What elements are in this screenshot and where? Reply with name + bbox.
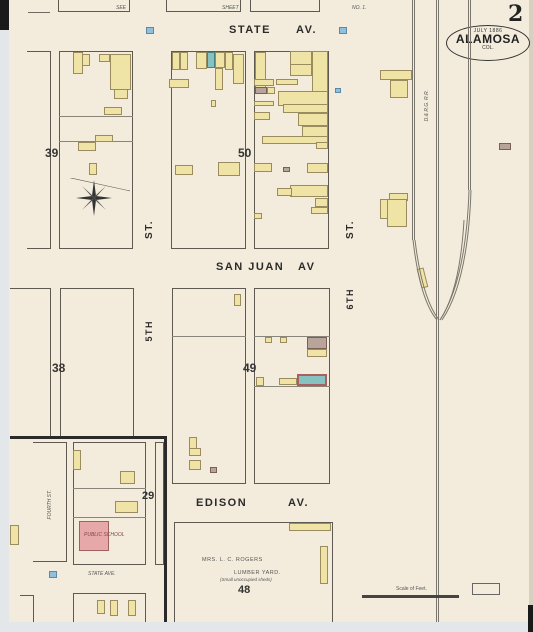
- building: [280, 337, 287, 343]
- building: [298, 113, 328, 126]
- building: [380, 70, 412, 80]
- street-state-av-suffix: AV.: [296, 24, 317, 36]
- railroad-track: [470, 0, 471, 190]
- sheet-number-ref: NO. 1.: [352, 5, 366, 11]
- street-fifth-st: ST.: [144, 220, 155, 239]
- building: [267, 87, 275, 94]
- building: [95, 135, 113, 142]
- building: [211, 100, 216, 107]
- building: [254, 112, 270, 120]
- building-adobe: [307, 337, 327, 349]
- building: [128, 600, 136, 616]
- building: [254, 101, 274, 106]
- building: [283, 104, 328, 113]
- sheet-label: SHEET: [222, 5, 239, 11]
- building: [180, 52, 188, 70]
- building: [312, 51, 328, 93]
- lot-line: [73, 517, 146, 518]
- building: [97, 600, 105, 614]
- building: [234, 294, 241, 306]
- building: [290, 185, 328, 197]
- building: [99, 54, 110, 62]
- building: [104, 107, 122, 115]
- building-lumber-shed: [320, 546, 328, 584]
- inset-state-ave-label: STATE AVE.: [88, 571, 116, 577]
- building: [311, 207, 328, 214]
- inset-alley: [155, 442, 164, 565]
- building-hungary-hall: [110, 54, 131, 90]
- lot-line: [73, 488, 146, 489]
- building-adobe: [255, 87, 267, 94]
- lumber-yard-label: LUMBER YARD.: [234, 570, 281, 576]
- building: [115, 501, 138, 513]
- building: [78, 142, 96, 151]
- lumber-note: (Small unoccupied sheds): [220, 577, 272, 582]
- building: [307, 349, 327, 357]
- public-school-label: PUBLIC SCHOOL: [84, 532, 125, 538]
- building: [189, 460, 201, 470]
- building: [380, 199, 388, 219]
- hydrant-icon: [339, 27, 347, 34]
- building: [169, 79, 189, 88]
- building-printing-office: [290, 51, 312, 65]
- building: [110, 600, 118, 616]
- building: [390, 80, 408, 98]
- building: [225, 52, 233, 70]
- building: [265, 337, 272, 343]
- building: [120, 471, 135, 484]
- top-strip-line: [28, 12, 50, 13]
- building: [289, 523, 331, 531]
- building: [215, 68, 223, 90]
- block-number-39: 39: [45, 146, 58, 160]
- building: [189, 448, 201, 456]
- building: [73, 450, 81, 470]
- building-bakery: [307, 163, 328, 173]
- building: [279, 378, 297, 385]
- street-san-juan-av: SAN JUAN: [216, 261, 284, 273]
- building-adobe: [210, 467, 217, 473]
- scan-border-bottom: [0, 622, 533, 632]
- railroad-curves: [400, 180, 490, 330]
- building: [254, 79, 274, 86]
- building: [218, 162, 240, 176]
- hydrant-icon: [335, 88, 341, 93]
- building: [10, 525, 19, 545]
- block-number-38: 38: [52, 361, 65, 375]
- building: [256, 377, 264, 386]
- building: [172, 52, 180, 70]
- street-sixth-num: 6TH: [345, 288, 355, 310]
- block-number-50: 50: [238, 146, 251, 160]
- building: [89, 163, 97, 175]
- street-sixth-st: ST.: [345, 220, 356, 239]
- lot-line: [254, 386, 330, 387]
- block-38: [60, 288, 134, 438]
- building: [175, 165, 193, 175]
- building: [276, 79, 298, 85]
- building: [114, 89, 128, 99]
- lumber-owner-label: MRS. L. C. ROGERS: [202, 557, 263, 563]
- block-number-29: 29: [142, 490, 154, 502]
- scan-border-corner: [0, 0, 9, 30]
- building-adobe: [283, 167, 290, 172]
- building: [215, 52, 225, 68]
- hydrant-icon: [146, 27, 154, 34]
- railroad-label: D.& R.G. R.R.: [424, 90, 430, 121]
- block-38-west: [10, 288, 51, 438]
- block-number-48: 48: [238, 584, 250, 596]
- building-adobe: [499, 143, 511, 150]
- scale-bar: [362, 595, 459, 598]
- compass-rose-icon: [60, 178, 130, 228]
- block-49-west: [172, 288, 246, 484]
- street-edison-suffix: AV.: [288, 497, 309, 509]
- railroad-track: [468, 0, 469, 190]
- legend-box: [472, 583, 500, 595]
- block-number-49: 49: [243, 361, 256, 375]
- street-edison-av: EDISON: [196, 497, 247, 509]
- street-state-av: STATE: [229, 24, 271, 36]
- street-fifth-num: 5TH: [144, 320, 154, 342]
- scan-border-left: [0, 0, 9, 632]
- scale-label: Scale of Feet.: [396, 586, 427, 592]
- building: [316, 142, 328, 149]
- stamp-city: ALAMOSA: [447, 34, 529, 45]
- title-stamp: JULY 1886 ALAMOSA COL.: [446, 25, 530, 61]
- lot-line: [59, 116, 133, 117]
- building: [196, 52, 207, 69]
- building: [254, 163, 272, 172]
- lot-line: [172, 336, 246, 337]
- scan-border-corner-br: [528, 605, 533, 632]
- see-label: SEE: [116, 5, 126, 11]
- building: [290, 64, 312, 76]
- sheet-edge-right: [529, 0, 533, 632]
- building: [254, 213, 262, 219]
- building: [315, 198, 328, 207]
- building: [277, 188, 292, 196]
- building: [82, 54, 90, 66]
- building: [233, 54, 244, 84]
- top-strip-block-3: [250, 0, 320, 12]
- building-stone: [297, 374, 327, 386]
- inset-block-sw: [20, 595, 34, 622]
- sheet-number: 2: [508, 1, 523, 27]
- building-stone: [207, 52, 215, 68]
- inset-street-label: FOURTH ST.: [47, 490, 53, 519]
- street-san-juan-suffix: AV: [298, 261, 315, 273]
